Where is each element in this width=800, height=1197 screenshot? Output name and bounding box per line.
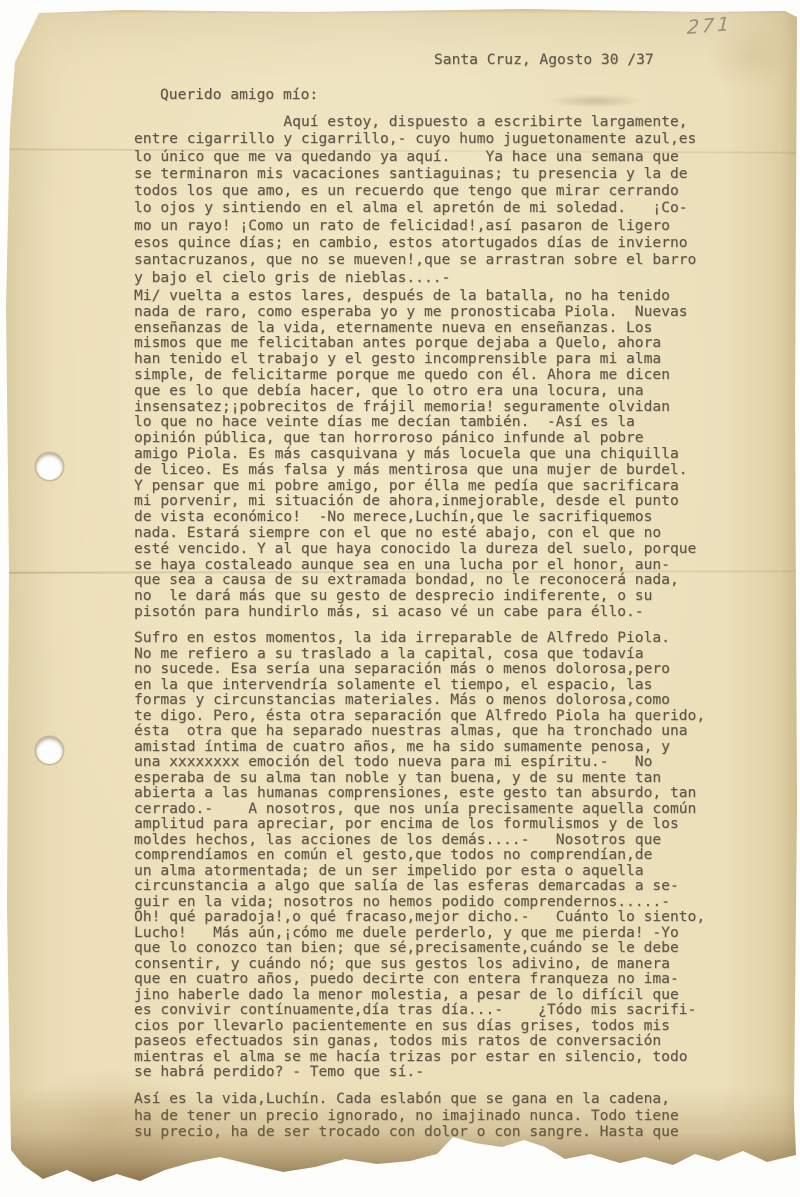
ink-smudge — [550, 95, 640, 107]
handwritten-page-number: 271 — [687, 13, 733, 39]
letter-paragraph-1: Aquí estoy, dispuesto a escribirte larga… — [134, 113, 696, 286]
torn-bottom-edge — [5, 1087, 797, 1187]
punch-hole-top — [36, 453, 63, 480]
letter-dateline: Santa Cruz, Agosto 30 /37 — [434, 51, 654, 69]
letter-paragraph-3: Sufro en estos momentos, la ida irrepara… — [134, 630, 705, 1080]
scan-background: 271 Santa Cruz, Agosto 30 /37 Querido am… — [0, 0, 800, 1197]
letter-salutation: Querido amigo mío: — [160, 86, 318, 104]
paper-top-edge — [5, 7, 797, 14]
letter-paragraph-2: Mi/ vuelta a estos lares, después de la … — [134, 288, 696, 620]
paper-right-edge — [781, 7, 797, 1187]
punch-hole-bottom — [36, 737, 63, 764]
letter-paper: 271 Santa Cruz, Agosto 30 /37 Querido am… — [5, 7, 797, 1187]
